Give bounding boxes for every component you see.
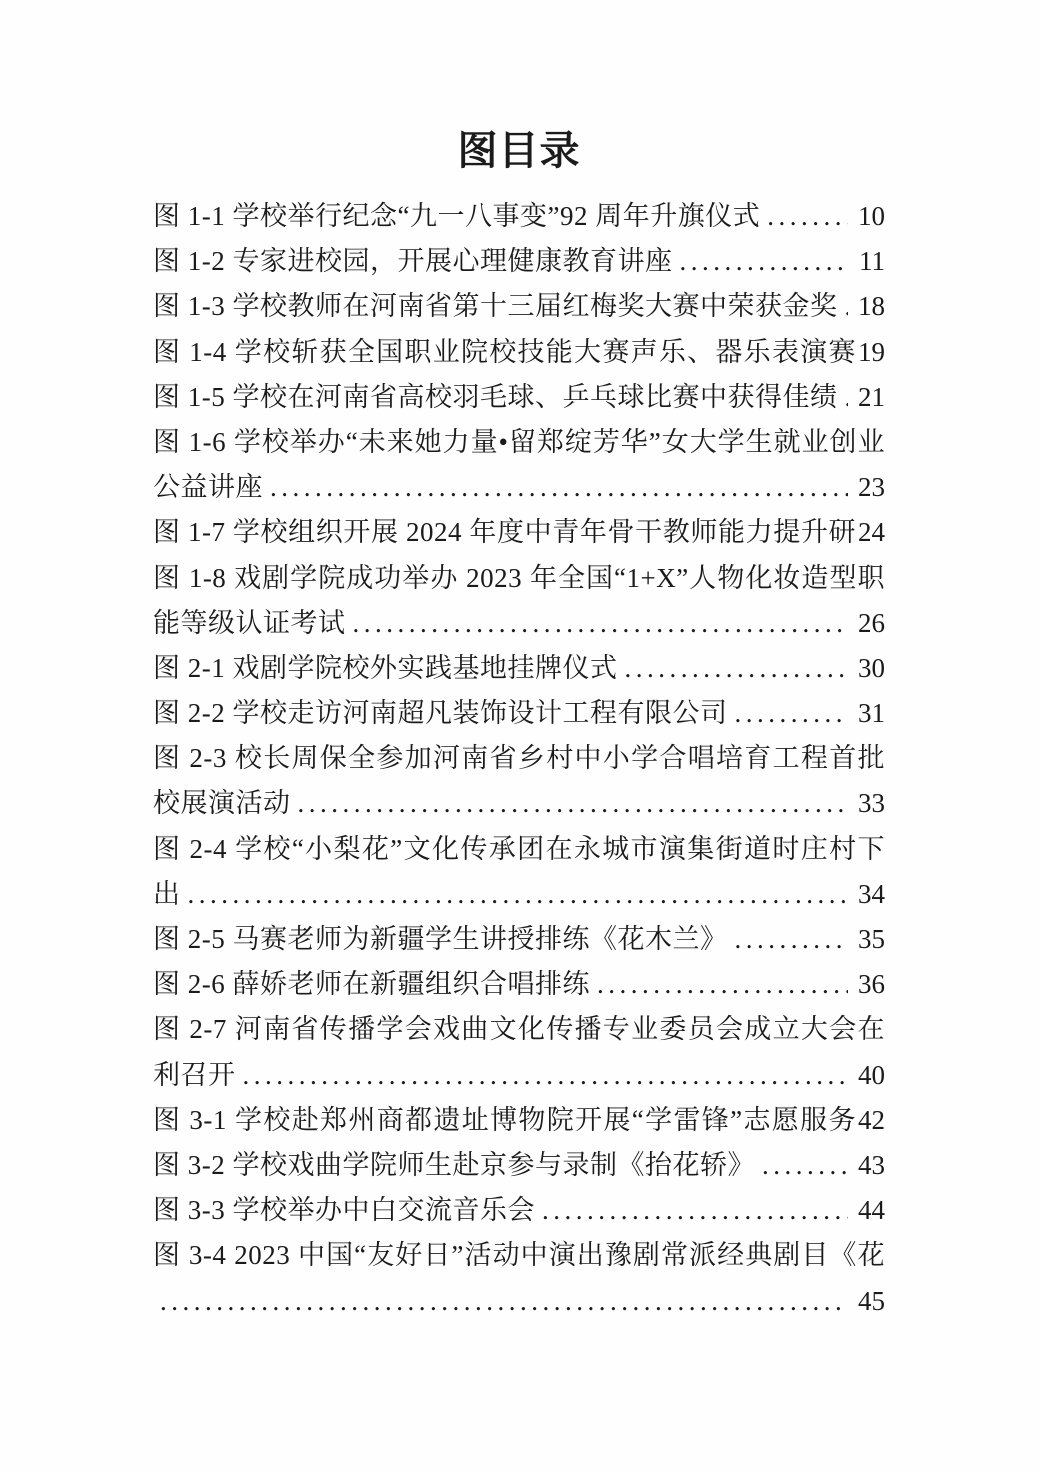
toc-line: 图 2-1 戏剧学院校外实践基地挂牌仪式30 <box>153 646 885 691</box>
toc-line: 能等级认证考试26 <box>153 601 885 646</box>
toc-line: 图 1-2 专家进校园，开展心理健康教育讲座11 <box>153 239 885 284</box>
toc-page-number: 10 <box>858 194 885 239</box>
toc-page-number: 45 <box>858 1279 885 1324</box>
dot-leader <box>160 1279 848 1324</box>
dot-leader <box>845 375 849 420</box>
toc-line: 图 1-3 学校教师在河南省第十三届红梅奖大赛中荣获金奖18 <box>153 284 885 329</box>
toc-page-number: 18 <box>858 284 885 329</box>
dot-leader <box>735 917 849 962</box>
toc-entry-text: 利召开 <box>153 1053 236 1098</box>
toc-page-number: 43 <box>858 1143 885 1188</box>
dot-leader <box>680 239 850 284</box>
dot-leader <box>188 872 849 917</box>
toc-line: 图 1-7 学校组织开展 2024 年度中青年骨干教师能力提升研修活动24 <box>153 510 885 555</box>
toc-line: 出34 <box>153 872 885 917</box>
toc-entry-text: 图 1-1 学校举行纪念“九一八事变”92 周年升旗仪式 <box>153 194 760 239</box>
toc-page-number: 35 <box>858 917 885 962</box>
toc-list: 图 1-1 学校举行纪念“九一八事变”92 周年升旗仪式10图 1-2 专家进校… <box>153 194 885 1324</box>
toc-page-number: 30 <box>858 646 885 691</box>
toc-entry-text: 图 2-6 薛娇老师在新疆组织合唱排练 <box>153 962 590 1007</box>
toc-entry-text: 图 1-4 学校斩获全国职业院校技能大赛声乐、器乐表演赛项一等奖 <box>153 330 856 375</box>
toc-line: 图 1-6 学校举办“未来她力量•留郑绽芳华”女大学生就业创业行动 <box>153 420 885 465</box>
toc-line: 图 2-5 马赛老师为新疆学生讲授排练《花木兰》35 <box>153 917 885 962</box>
page-title: 图目录 <box>153 124 885 178</box>
dot-leader <box>298 781 849 826</box>
toc-page-number: 23 <box>858 465 885 510</box>
toc-line: 图 1-5 学校在河南省高校羽毛球、乒乓球比赛中获得佳绩21 <box>153 375 885 420</box>
toc-page-number: 31 <box>858 691 885 736</box>
dot-leader <box>270 465 848 510</box>
toc-page-number: 19 <box>858 330 885 375</box>
toc-line: 图 2-4 学校“小梨花”文化传承团在永城市演集街道时庄村下乡演 <box>153 827 885 872</box>
toc-page-number: 40 <box>858 1053 885 1098</box>
toc-entry-text: 图 1-6 学校举办“未来她力量•留郑绽芳华”女大学生就业创业行动 <box>153 420 885 465</box>
toc-entry-text: 公益讲座 <box>153 465 263 510</box>
dot-leader <box>625 646 849 691</box>
toc-page-number: 11 <box>859 239 885 284</box>
toc-entry-text: 图 3-4 2023 中国“友好日”活动中演出豫剧常派经典剧目《花木兰》 <box>153 1233 885 1278</box>
toc-line: 图 1-1 学校举行纪念“九一八事变”92 周年升旗仪式10 <box>153 194 885 239</box>
toc-page-number: 26 <box>858 601 885 646</box>
toc-page-number: 44 <box>858 1188 885 1233</box>
toc-entry-text: 图 1-5 学校在河南省高校羽毛球、乒乓球比赛中获得佳绩 <box>153 375 838 420</box>
toc-entry-text: 图 2-5 马赛老师为新疆学生讲授排练《花木兰》 <box>153 917 728 962</box>
toc-page-number: 36 <box>858 962 885 1007</box>
toc-entry-text: 图 2-2 学校走访河南超凡装饰设计工程有限公司 <box>153 691 728 736</box>
toc-line: 利召开40 <box>153 1053 885 1098</box>
toc-line: 图 1-8 戏剧学院成功举办 2023 年全国“1+X”人物化妆造型职业技 <box>153 556 885 601</box>
toc-line: 图 3-2 学校戏曲学院师生赴京参与录制《抬花轿》43 <box>153 1143 885 1188</box>
toc-page-number: 33 <box>858 781 885 826</box>
toc-page-number: 24 <box>858 510 885 555</box>
dot-leader <box>845 284 849 329</box>
toc-line: 图 2-6 薛娇老师在新疆组织合唱排练36 <box>153 962 885 1007</box>
toc-entry-text: 图 2-4 学校“小梨花”文化传承团在永城市演集街道时庄村下乡演 <box>153 827 885 872</box>
toc-page-number: 42 <box>858 1098 885 1143</box>
dot-leader <box>735 691 849 736</box>
toc-entry-text: 图 1-2 专家进校园，开展心理健康教育讲座 <box>153 239 673 284</box>
toc-entry-text: 出 <box>153 872 181 917</box>
toc-entry-text: 能等级认证考试 <box>153 601 346 646</box>
toc-page-number: 21 <box>858 375 885 420</box>
dot-leader <box>542 1188 848 1233</box>
toc-line: 图 3-3 学校举办中白交流音乐会44 <box>153 1188 885 1233</box>
toc-line: 45 <box>153 1279 885 1324</box>
toc-entry-text: 图 1-8 戏剧学院成功举办 2023 年全国“1+X”人物化妆造型职业技 <box>153 556 885 601</box>
dot-leader <box>353 601 849 646</box>
toc-line: 图 3-1 学校赴郑州商都遗址博物院开展“学雷锋”志愿服务活动42 <box>153 1098 885 1143</box>
toc-entry-text: 图 2-1 戏剧学院校外实践基地挂牌仪式 <box>153 646 618 691</box>
toc-line: 图 3-4 2023 中国“友好日”活动中演出豫剧常派经典剧目《花木兰》 <box>153 1233 885 1278</box>
dot-leader <box>767 194 848 239</box>
toc-line: 图 2-2 学校走访河南超凡装饰设计工程有限公司31 <box>153 691 885 736</box>
dot-leader <box>597 962 848 1007</box>
toc-entry-text: 图 1-7 学校组织开展 2024 年度中青年骨干教师能力提升研修活动 <box>153 510 856 555</box>
toc-line: 图 2-3 校长周保全参加河南省乡村中小学合唱培育工程首批试点学 <box>153 736 885 781</box>
toc-entry-text: 图 1-3 学校教师在河南省第十三届红梅奖大赛中荣获金奖 <box>153 284 838 329</box>
document-page: 图目录 图 1-1 学校举行纪念“九一八事变”92 周年升旗仪式10图 1-2 … <box>0 0 1041 1472</box>
dot-leader <box>762 1143 848 1188</box>
toc-entry-text: 校展演活动 <box>153 781 291 826</box>
dot-leader <box>243 1053 849 1098</box>
toc-line: 图 2-7 河南省传播学会戏曲文化传播专业委员会成立大会在学校顺 <box>153 1007 885 1052</box>
toc-entry-text: 图 3-2 学校戏曲学院师生赴京参与录制《抬花轿》 <box>153 1143 755 1188</box>
toc-entry-text: 图 3-1 学校赴郑州商都遗址博物院开展“学雷锋”志愿服务活动 <box>153 1098 856 1143</box>
toc-line: 公益讲座23 <box>153 465 885 510</box>
toc-entry-text: 图 2-7 河南省传播学会戏曲文化传播专业委员会成立大会在学校顺 <box>153 1007 885 1052</box>
toc-line: 校展演活动33 <box>153 781 885 826</box>
toc-entry-text: 图 3-3 学校举办中白交流音乐会 <box>153 1188 535 1233</box>
toc-page-number: 34 <box>858 872 885 917</box>
toc-line: 图 1-4 学校斩获全国职业院校技能大赛声乐、器乐表演赛项一等奖19 <box>153 330 885 375</box>
toc-entry-text: 图 2-3 校长周保全参加河南省乡村中小学合唱培育工程首批试点学 <box>153 736 885 781</box>
